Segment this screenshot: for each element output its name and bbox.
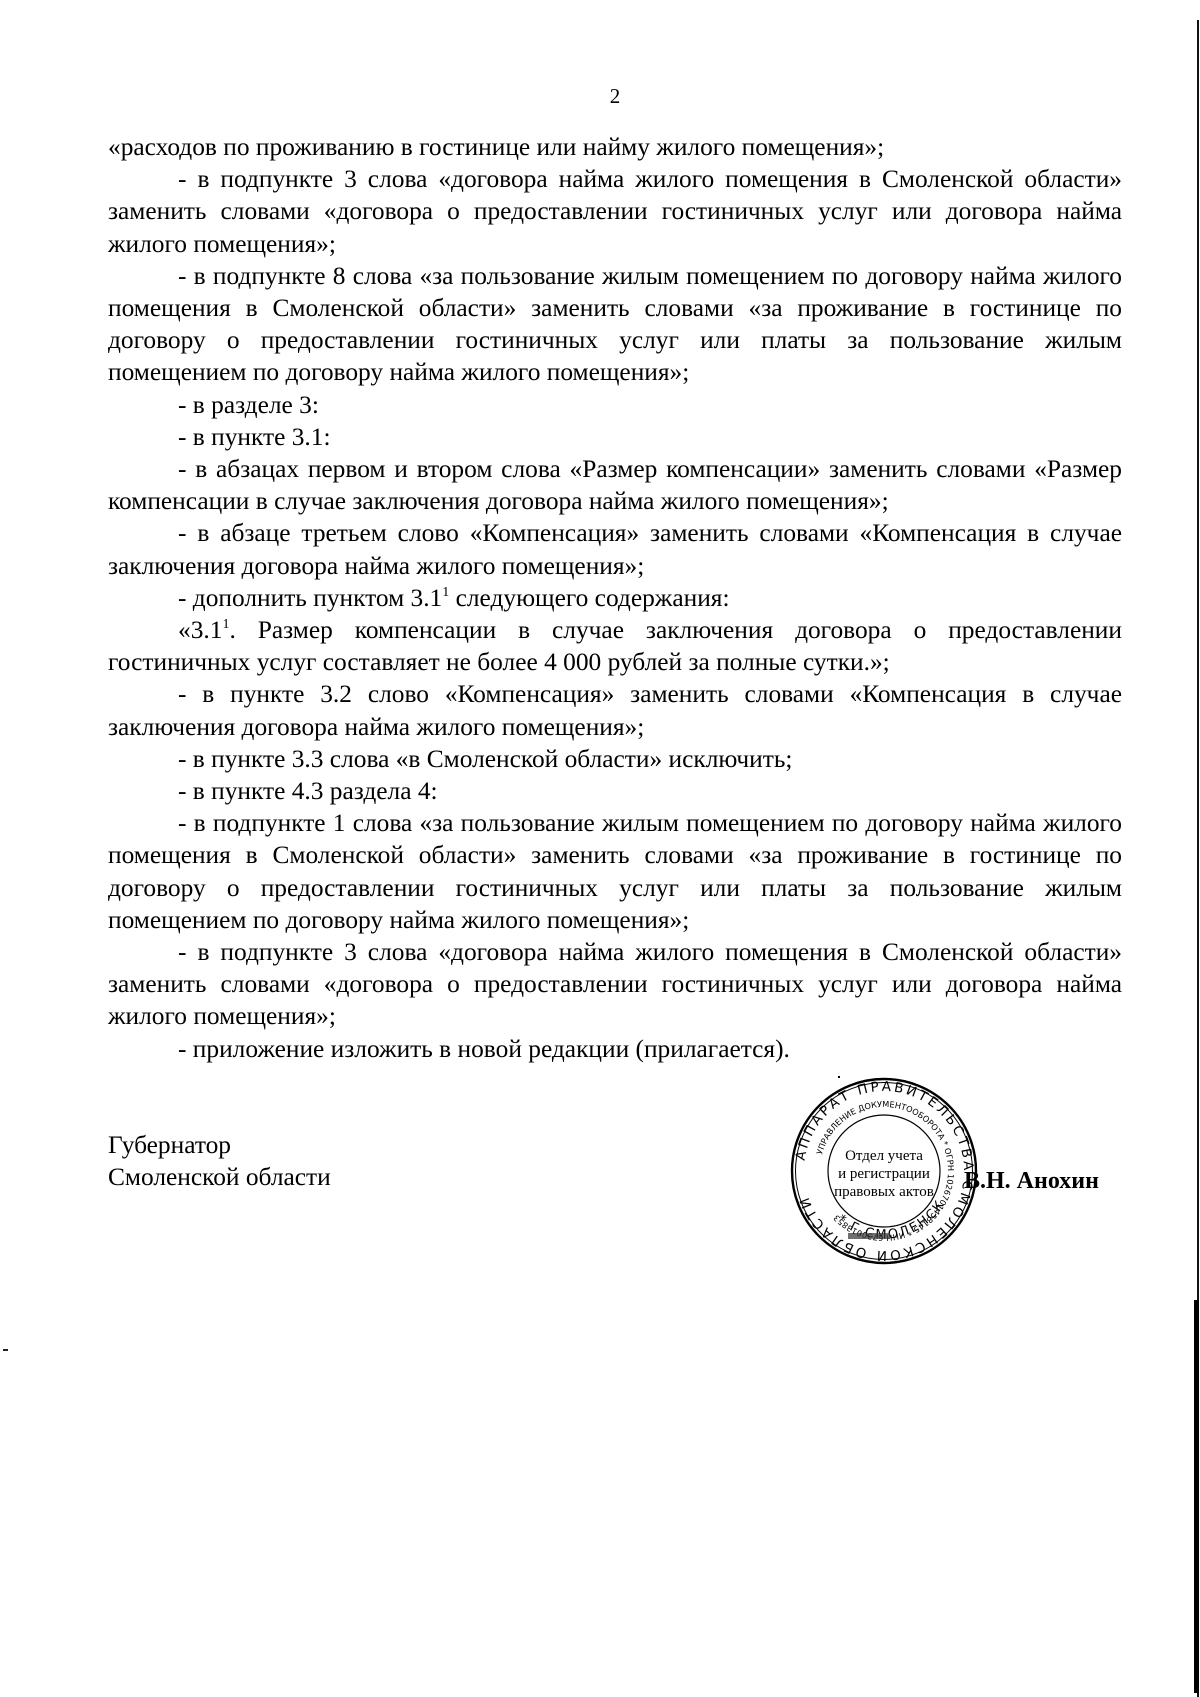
scan-page-edge-shadow bbox=[1194, 1300, 1199, 1693]
paragraph: «3.11. Размер компенсации в случае заклю… bbox=[108, 614, 1122, 678]
paragraph: - приложение изложить в новой редакции (… bbox=[108, 1033, 1122, 1065]
paragraph: - в пункте 3.1: bbox=[108, 421, 1122, 453]
stamp-line: правовых актов bbox=[790, 1183, 978, 1201]
signer-name: В.Н. Анохин bbox=[964, 1168, 1099, 1195]
paragraph: - в пункте 3.2 слово «Компенсация» замен… bbox=[108, 678, 1122, 742]
paragraph: - в пункте 4.3 раздела 4: bbox=[108, 775, 1122, 807]
paragraph-text: - дополнить пунктом 3.1 bbox=[178, 584, 442, 612]
paragraph: - в подпункте 1 слова «за пользование жи… bbox=[108, 807, 1122, 936]
stamp-line: Отдел учета bbox=[790, 1147, 978, 1165]
paragraph: - в пункте 3.3 слова «в Смоленской облас… bbox=[108, 743, 1122, 775]
paragraph: - в подпункте 3 слова «договора найма жи… bbox=[108, 936, 1122, 1033]
document-body: «расходов по проживанию в гостинице или … bbox=[108, 131, 1122, 1065]
paragraph: - в разделе 3: bbox=[108, 389, 1122, 421]
paragraph: - в абзаце третьем слово «Компенсация» з… bbox=[108, 517, 1122, 581]
stamp-center-text: Отдел учета и регистрации правовых актов bbox=[790, 1147, 978, 1201]
paragraph: - в подпункте 3 слова «договора найма жи… bbox=[108, 163, 1122, 260]
paragraph: - в подпункте 8 слова «за пользование жи… bbox=[108, 260, 1122, 389]
paragraph: - в абзацах первом и втором слова «Разме… bbox=[108, 453, 1122, 517]
position-title: Губернатор bbox=[108, 1129, 331, 1161]
scan-speck bbox=[3, 1349, 8, 1351]
paragraph: - дополнить пунктом 3.11 следующего соде… bbox=[108, 582, 1122, 614]
stamp-line: и регистрации bbox=[790, 1165, 978, 1183]
official-stamp: АППАРАТ ПРАВИТЕЛЬСТВА СМОЛЕНСКОЙ ОБЛАСТИ… bbox=[790, 1077, 978, 1265]
paragraph-text: следующего содержания: bbox=[449, 584, 729, 612]
page-number: 2 bbox=[0, 84, 1200, 109]
paragraph-text: «3.1 bbox=[178, 616, 222, 644]
signature-position: Губернатор Смоленской области bbox=[108, 1129, 331, 1193]
paragraph-text: . Размер компенсации в случае заключения… bbox=[108, 616, 1122, 676]
position-region: Смоленской области bbox=[108, 1161, 331, 1193]
paragraph: «расходов по проживанию в гостинице или … bbox=[108, 131, 1122, 163]
